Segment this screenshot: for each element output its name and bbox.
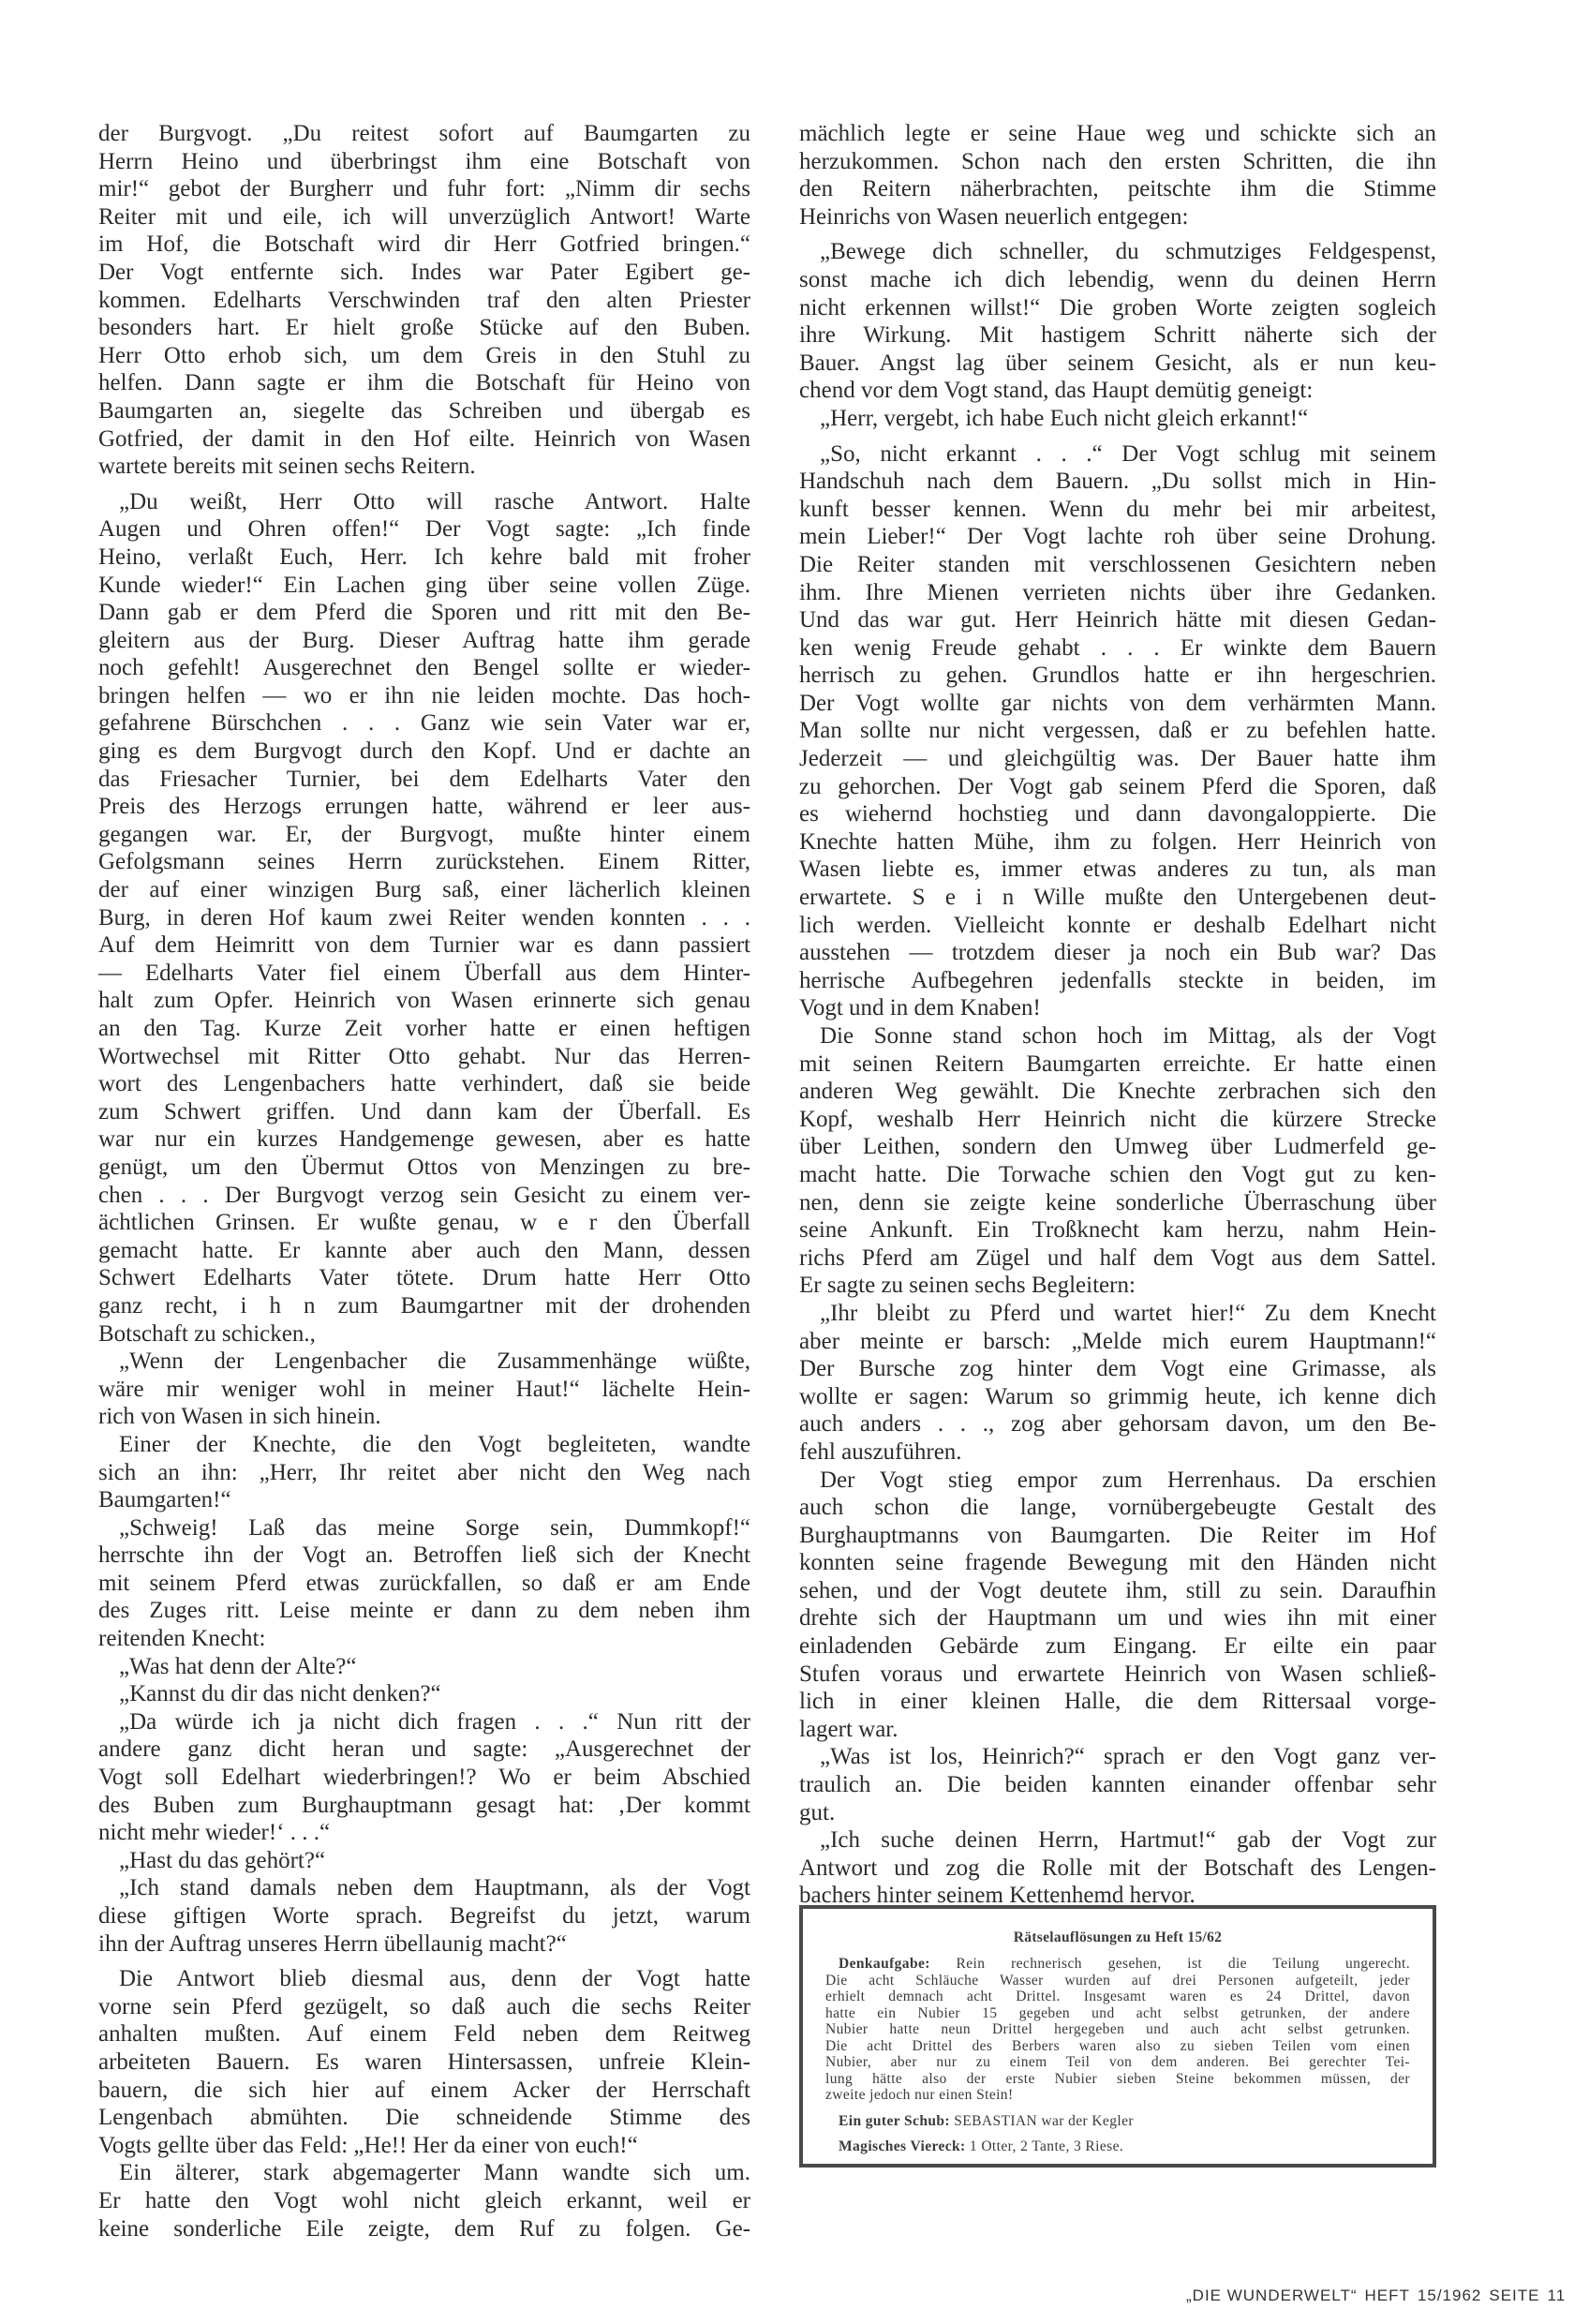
- text-line: der Burgvogt. „Du reitest sofort auf Bau…: [98, 120, 750, 148]
- text-line: wartete bereits mit seinen sechs Reitern…: [98, 453, 750, 481]
- text-line: Auf dem Heimritt von dem Turnier war es …: [98, 931, 750, 960]
- text-line: lich werden. Vielleicht konnte er deshal…: [799, 912, 1436, 940]
- story-paragraph: „Bewege dich schneller, du schmutziges F…: [799, 238, 1436, 405]
- paragraph-gap: [98, 1958, 750, 1965]
- text-line: vorne sein Pferd gezügelt, so daß auch d…: [98, 1993, 750, 2021]
- denkaufgabe-line: Nubier, aber nur zu einem Teil von dem a…: [825, 2054, 1410, 2071]
- text-line: wollte er sagen: Warum so grimmig heute,…: [799, 1383, 1436, 1411]
- text-line: zu gehorchen. Der Vogt gab seinem Pferd …: [799, 773, 1436, 801]
- text-line: seine Ankunft. Ein Troßknecht kam herzu,…: [799, 1216, 1436, 1244]
- story-paragraph: „Du weißt, Herr Otto will rasche Antwort…: [98, 488, 750, 1348]
- text-line: im Hof, die Botschaft wird dir Herr Gotf…: [98, 231, 750, 259]
- text-line: Der Bursche zog hinter dem Vogt eine Gri…: [799, 1355, 1436, 1383]
- story-paragraph: Der Vogt stieg empor zum Herrenhaus. Da …: [799, 1467, 1436, 1744]
- paragraph-gap: [98, 481, 750, 488]
- schub-label: Ein guter Schub:: [839, 2113, 950, 2129]
- text-line: auch anders . . ., zog aber gehorsam dav…: [799, 1410, 1436, 1438]
- heft-label: HEFT: [1365, 2287, 1410, 2304]
- text-line: Kopf, weshalb Herr Heinrich nicht die kü…: [799, 1106, 1436, 1134]
- story-paragraph: „Ihr bleibt zu Pferd und wartet hier!“ Z…: [799, 1300, 1436, 1467]
- text-line: Herrn Heino und überbringst ihm eine Bot…: [98, 148, 750, 176]
- text-line: andere ganz dicht heran und sagte: „Ausg…: [98, 1736, 750, 1764]
- page-label: SEITE: [1489, 2287, 1539, 2304]
- story-paragraph: „Ich suche deinen Herrn, Hartmut!“ gab d…: [799, 1826, 1436, 1910]
- text-line: Man sollte nur nicht vergessen, daß er z…: [799, 717, 1436, 745]
- text-line: mein Lieber!“ Der Vogt lachte roh über s…: [799, 523, 1436, 551]
- text-line: Stufen voraus und erwartete Heinrich von…: [799, 1661, 1436, 1689]
- text-line: herrschte ihn der Vogt an. Betroffen lie…: [98, 1542, 750, 1570]
- text-line: ganz recht, i h n zum Baumgartner mit de…: [98, 1292, 750, 1320]
- text-line: Ein älterer, stark abgemagerter Mann wan…: [98, 2159, 750, 2187]
- story-paragraph: Die Sonne stand schon hoch im Mittag, al…: [799, 1022, 1436, 1300]
- story-paragraph: „So, nicht erkannt . . .“ Der Vogt schlu…: [799, 440, 1436, 1022]
- text-line: „Wenn der Lengenbacher die Zusammenhänge…: [98, 1348, 750, 1376]
- viereck-text: 1 Otter, 2 Tante, 3 Riese.: [966, 2138, 1124, 2154]
- story-paragraph: „Was hat denn der Alte?“: [98, 1653, 750, 1681]
- text-line: kommen. Edelharts Verschwinden traf den …: [98, 287, 750, 315]
- text-line: wort des Lengenbachers hatte verhindert,…: [98, 1070, 750, 1098]
- text-line: den Reitern näherbrachten, peitschte ihm…: [799, 175, 1436, 203]
- denkaufgabe-line: erhielt demnach acht Drittel. Insgesamt …: [825, 1989, 1410, 2005]
- text-line: gefahrene Bürschchen . . . Ganz wie sein…: [98, 709, 750, 737]
- denkaufgabe-label: Denkaufgabe:: [839, 1956, 930, 1972]
- denkaufgabe-line: Nubier hatte neun Drittel hergegeben und…: [825, 2021, 1410, 2038]
- text-line: Vogt und in dem Knaben!: [799, 994, 1436, 1022]
- text-line: Baumgarten!“: [98, 1486, 750, 1514]
- denkaufgabe-line: Die acht Schläuche Wasser wurden auf dre…: [825, 1973, 1410, 1989]
- schub-text: SEBASTIAN war der Kegler: [950, 2113, 1134, 2129]
- text-line: helfen. Dann sagte er ihm die Botschaft …: [98, 369, 750, 397]
- text-line: Kunde wieder!“ Ein Lachen ging über sein…: [98, 572, 750, 600]
- text-line: „Ich suche deinen Herrn, Hartmut!“ gab d…: [799, 1826, 1436, 1855]
- text-line: gut.: [799, 1799, 1436, 1827]
- text-line: Gotfried, der damit in den Hof eilte. He…: [98, 425, 750, 454]
- text-line: bauern, die sich hier auf einem Acker de…: [98, 2077, 750, 2105]
- text-line: ging es dem Burgvogt durch den Kopf. Und…: [98, 737, 750, 766]
- text-line: sonst mache ich dich lebendig, wenn du d…: [799, 266, 1436, 294]
- text-line: herzukommen. Schon nach den ersten Schri…: [799, 148, 1436, 176]
- text-line: mit seinen Reitern Baumgarten erreichte.…: [799, 1050, 1436, 1079]
- text-line: nicht erkennen willst!“ Die groben Worte…: [799, 294, 1436, 322]
- story-paragraph: „Wenn der Lengenbacher die Zusammenhänge…: [98, 1348, 750, 1431]
- text-line: Gefolgsmann seines Herrn zurückstehen. E…: [98, 848, 750, 876]
- text-line: Der Vogt stieg empor zum Herrenhaus. Da …: [799, 1467, 1436, 1495]
- text-line: Der Vogt wollte gar nichts von dem verhä…: [799, 690, 1436, 718]
- text-line: einladenden Gebärde zum Eingang. Er eilt…: [799, 1632, 1436, 1661]
- story-paragraph: „Kannst du dir das nicht denken?“: [98, 1680, 750, 1708]
- text-line: Antwort und zog die Rolle mit der Botsch…: [799, 1855, 1436, 1883]
- story-paragraph: Ein älterer, stark abgemagerter Mann wan…: [98, 2159, 750, 2242]
- text-line: sehen, und der Vogt deutete ihm, still z…: [799, 1577, 1436, 1605]
- text-line: Schwert Edelharts Vater tötete. Drum hat…: [98, 1264, 750, 1292]
- schub-solution: Ein guter Schub: SEBASTIAN war der Kegle…: [825, 2113, 1410, 2130]
- text-line: noch gefehlt! Ausgerechnet den Bengel so…: [98, 654, 750, 682]
- text-line: über Leithen, sondern den Umweg über Lud…: [799, 1133, 1436, 1161]
- text-line: „So, nicht erkannt . . .“ Der Vogt schlu…: [799, 440, 1436, 469]
- text-line: drehte sich der Hauptmann um und wies ih…: [799, 1604, 1436, 1632]
- text-line: Augen und Ohren offen!“ Der Vogt sagte: …: [98, 515, 750, 544]
- text-line: ihre Wirkung. Mit hastigem Schritt näher…: [799, 321, 1436, 350]
- text-line: Jederzeit — und gleichgültig was. Der Ba…: [799, 745, 1436, 773]
- text-line: herrisch zu gehen. Grundlos hatte er ihn…: [799, 662, 1436, 690]
- text-line: ausstehen — trotzdem dieser ja noch ein …: [799, 939, 1436, 967]
- denkaufgabe-line: hatte ein Nubier 15 gegeben und acht sel…: [825, 2005, 1410, 2022]
- text-line: sich an ihn: „Herr, Ihr reitet aber nich…: [98, 1459, 750, 1487]
- text-line: lagert war.: [799, 1716, 1436, 1744]
- text-line: „Kannst du dir das nicht denken?“: [98, 1680, 750, 1708]
- text-line: erwartete. S e i n Wille mußte den Unter…: [799, 884, 1436, 912]
- viereck-solution: Magisches Viereck: 1 Otter, 2 Tante, 3 R…: [825, 2138, 1410, 2155]
- text-line: lich in einer kleinen Halle, die dem Rit…: [799, 1688, 1436, 1716]
- text-line: anderen Weg gewählt. Die Knechte zerbrac…: [799, 1078, 1436, 1106]
- text-line: wäre mir weniger wohl in meiner Haut!“ l…: [98, 1376, 750, 1404]
- text-line: Heinrichs von Wasen neuerlich entgegen:: [799, 203, 1436, 231]
- text-line: gegangen war. Er, der Burgvogt, mußte hi…: [98, 821, 750, 849]
- text-line: mächlich legte er seine Haue weg und sch…: [799, 120, 1436, 148]
- text-line: „Da würde ich ja nicht dich fragen . . .…: [98, 1708, 750, 1736]
- text-line: „Was hat denn der Alte?“: [98, 1653, 750, 1681]
- text-line: herrische Aufbegehren jedenfalls steckte…: [799, 967, 1436, 995]
- text-line: Er hatte den Vogt wohl nicht gleich erka…: [98, 2187, 750, 2215]
- text-line: Knechte hatten Mühe, ihm zu folgen. Herr…: [799, 828, 1436, 857]
- puzzle-solutions-box: Rätselauflösungen zu Heft 15/62 Denkaufg…: [799, 1905, 1436, 2168]
- text-line: rich von Wasen in sich hinein.: [98, 1403, 750, 1431]
- text-line: Vogts gellte über das Feld: „He!! Her da…: [98, 2132, 750, 2160]
- right-column: mächlich legte er seine Haue weg und sch…: [799, 120, 1436, 1951]
- text-line: kunft besser kennen. Wenn du mehr bei mi…: [799, 496, 1436, 524]
- story-paragraph: Einer der Knechte, die den Vogt begleite…: [98, 1431, 750, 1514]
- story-paragraph: Die Antwort blieb diesmal aus, denn der …: [98, 1965, 750, 2159]
- text-line: das Friesacher Turnier, bei dem Edelhart…: [98, 766, 750, 794]
- text-line: fehl auszuführen.: [799, 1438, 1436, 1467]
- text-line: besonders hart. Er hielt große Stücke au…: [98, 314, 750, 342]
- text-line: chen . . . Der Burgvogt verzog sein Gesi…: [98, 1182, 750, 1210]
- text-line: ken wenig Freude gehabt . . . Er winkte …: [799, 634, 1436, 663]
- story-paragraph: mächlich legte er seine Haue weg und sch…: [799, 120, 1436, 231]
- story-paragraph: „Schweig! Laß das meine Sorge sein, Dumm…: [98, 1514, 750, 1653]
- text-line: nicht mehr wieder!‘ . . .“: [98, 1819, 750, 1847]
- text-line: Vogt soll Edelhart wiederbringen!? Wo er…: [98, 1764, 750, 1792]
- text-line: Burghauptmanns von Baumgarten. Die Reite…: [799, 1522, 1436, 1550]
- text-line: Preis des Herzogs errungen hatte, währen…: [98, 793, 750, 821]
- page-number: 11: [1548, 2287, 1567, 2304]
- magazine-title: „DIE WUNDERWELT“: [1186, 2287, 1358, 2304]
- paragraph-gap: [799, 433, 1436, 440]
- text-line: konnten seine fragende Bewegung mit den …: [799, 1549, 1436, 1577]
- text-line: Lengenbach abmühten. Die schneidende Sti…: [98, 2104, 750, 2132]
- text-line: Dann gab er dem Pferd die Sporen und rit…: [98, 599, 750, 627]
- text-line: an den Tag. Kurze Zeit vorher hatte er e…: [98, 1015, 750, 1043]
- text-line: aber meinte er barsch: „Melde mich eurem…: [799, 1328, 1436, 1356]
- text-line: Und das war gut. Herr Heinrich hätte mit…: [799, 606, 1436, 634]
- text-line: Wasen liebte es, immer etwas anderes zu …: [799, 856, 1436, 884]
- text-line: Reiter mit und eile, ich will unverzügli…: [98, 203, 750, 231]
- text-line: genügt, um den Übermut Ottos von Menzing…: [98, 1154, 750, 1182]
- text-line: des Zuges ritt. Leise meinte er dann zu …: [98, 1597, 750, 1625]
- text-line: „Schweig! Laß das meine Sorge sein, Dumm…: [98, 1514, 750, 1542]
- text-line: arbeiteten Bauern. Es waren Hintersassen…: [98, 2048, 750, 2077]
- text-line: nen, denn sie zeigte keine sonderliche Ü…: [799, 1189, 1436, 1217]
- text-line: Die Antwort blieb diesmal aus, denn der …: [98, 1965, 750, 1993]
- issue-number: 15/1962: [1418, 2287, 1481, 2304]
- text-line: zum Schwert griffen. Und dann kam der Üb…: [98, 1098, 750, 1126]
- text-line: richs Pferd am Zügel und half dem Vogt a…: [799, 1244, 1436, 1273]
- text-line: ächtlichen Grinsen. Er wußte genau, w e …: [98, 1209, 750, 1237]
- denkaufgabe-text: Rein rechnerisch gesehen, ist die Teilun…: [930, 1956, 1410, 1972]
- text-line: Burg, in deren Hof kaum zwei Reiter wend…: [98, 904, 750, 932]
- text-line: es wiehernd hochstieg und dann davongalo…: [799, 800, 1436, 828]
- denkaufgabe-solution: Denkaufgabe: Rein rechnerisch gesehen, i…: [825, 1956, 1410, 2104]
- page-footer: „DIE WUNDERWELT“HEFT15/1962SEITE11: [1186, 2287, 1573, 2305]
- text-line: Er sagte zu seinen sechs Begleitern:: [799, 1272, 1436, 1300]
- text-line: bringen helfen — wo er ihn nie leiden mo…: [98, 682, 750, 710]
- text-line: traulich an. Die beiden kannten einander…: [799, 1771, 1436, 1799]
- story-paragraph: „Ich stand damals neben dem Hauptmann, a…: [98, 1874, 750, 1958]
- text-line: gleitern aus der Burg. Dieser Auftrag ha…: [98, 627, 750, 655]
- text-line: Herr Otto erhob sich, um dem Greis in de…: [98, 342, 750, 370]
- denkaufgabe-line: Die acht Drittel des Berbers waren also …: [825, 2038, 1410, 2055]
- text-line: auch schon die lange, vornübergebeugte G…: [799, 1494, 1436, 1522]
- text-line: ihm. Ihre Mienen verrieten nichts über i…: [799, 579, 1436, 607]
- text-line: Einer der Knechte, die den Vogt begleite…: [98, 1431, 750, 1459]
- text-line: macht hatte. Die Torwache schien den Vog…: [799, 1161, 1436, 1189]
- story-paragraph: „Hast du das gehört?“: [98, 1847, 750, 1875]
- text-line: „Herr, vergebt, ich habe Euch nicht glei…: [799, 405, 1436, 433]
- text-line: Bauer. Angst lag über seinem Gesicht, al…: [799, 350, 1436, 378]
- text-line: „Was ist los, Heinrich?“ sprach er den V…: [799, 1743, 1436, 1771]
- story-paragraph: der Burgvogt. „Du reitest sofort auf Bau…: [98, 120, 750, 481]
- text-line: gemacht hatte. Er kannte aber auch den M…: [98, 1237, 750, 1265]
- text-line: mir!“ gebot der Burgherr und fuhr fort: …: [98, 175, 750, 203]
- text-line: reitenden Knecht:: [98, 1625, 750, 1653]
- story-paragraph: „Herr, vergebt, ich habe Euch nicht glei…: [799, 405, 1436, 433]
- text-line: Die Sonne stand schon hoch im Mittag, al…: [799, 1022, 1436, 1050]
- text-line: Heino, verlaßt Euch, Herr. Ich kehre bal…: [98, 544, 750, 572]
- text-line: „Du weißt, Herr Otto will rasche Antwort…: [98, 488, 750, 516]
- text-line: der auf einer winzigen Burg saß, einer l…: [98, 876, 750, 904]
- text-line: Botschaft zu schicken.,: [98, 1320, 750, 1348]
- text-line: mit seinem Pferd etwas zurückfallen, so …: [98, 1570, 750, 1598]
- text-line: diese giftigen Worte sprach. Begreifst d…: [98, 1902, 750, 1930]
- text-line: Die Reiter standen mit verschlossenen Ge…: [799, 551, 1436, 579]
- text-line: — Edelharts Vater fiel einem Überfall au…: [98, 960, 750, 988]
- text-line: war nur ein kurzes Handgemenge gewesen, …: [98, 1125, 750, 1154]
- text-line: anhalten mußten. Auf einem Feld neben de…: [98, 2020, 750, 2048]
- text-line: Der Vogt entfernte sich. Indes war Pater…: [98, 259, 750, 287]
- text-line: ihn der Auftrag unseres Herrn übellaunig…: [98, 1930, 750, 1959]
- text-line: Baumgarten an, siegelte das Schreiben un…: [98, 397, 750, 425]
- denkaufgabe-first-line: Denkaufgabe: Rein rechnerisch gesehen, i…: [825, 1956, 1410, 1973]
- denkaufgabe-line: lung hätte also der erste Nubier sieben …: [825, 2071, 1410, 2088]
- text-line: des Buben zum Burghauptmann gesagt hat: …: [98, 1792, 750, 1820]
- text-line: halt zum Opfer. Heinrich von Wasen erinn…: [98, 987, 750, 1015]
- story-paragraph: „Da würde ich ja nicht dich fragen . . .…: [98, 1708, 750, 1847]
- text-line: „Ich stand damals neben dem Hauptmann, a…: [98, 1874, 750, 1902]
- text-line: Wortwechsel mit Ritter Otto gehabt. Nur …: [98, 1043, 750, 1071]
- denkaufgabe-line: zweite jedoch nur einen Stein!: [825, 2087, 1410, 2104]
- text-line: chend vor dem Vogt stand, das Haupt demü…: [799, 377, 1436, 405]
- story-paragraph: „Was ist los, Heinrich?“ sprach er den V…: [799, 1743, 1436, 1826]
- text-line: „Hast du das gehört?“: [98, 1847, 750, 1875]
- puzzle-solutions-title: Rätselauflösungen zu Heft 15/62: [825, 1929, 1410, 1946]
- viereck-label: Magisches Viereck:: [839, 2138, 966, 2154]
- text-line: „Bewege dich schneller, du schmutziges F…: [799, 238, 1436, 266]
- left-column: der Burgvogt. „Du reitest sofort auf Bau…: [98, 120, 750, 2242]
- text-line: „Ihr bleibt zu Pferd und wartet hier!“ Z…: [799, 1300, 1436, 1328]
- text-line: Handschuh nach dem Bauern. „Du sollst mi…: [799, 468, 1436, 496]
- text-line: keine sonderliche Eile zeigte, dem Ruf z…: [98, 2215, 750, 2243]
- paragraph-gap: [799, 231, 1436, 238]
